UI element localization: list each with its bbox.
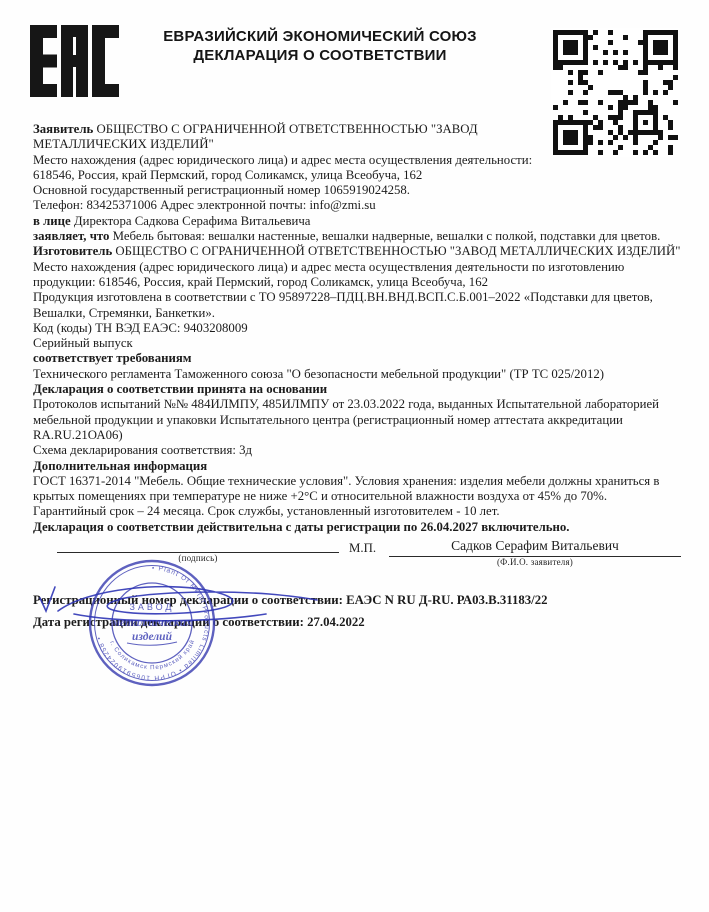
paragraph-tnved-code: Код (коды) ТН ВЭД ЕАЭС: 9403208009 — [33, 321, 681, 336]
paragraph-applicant-address: Место нахождения (адрес юридического лиц… — [33, 153, 549, 184]
paragraph-manufacturer: Изготовитель ОБЩЕСТВО С ОГРАНИЧЕННОЙ ОТВ… — [33, 244, 681, 259]
signature-line — [57, 537, 339, 553]
paragraph-applicant-contacts: Телефон: 83425371006 Адрес электронной п… — [33, 198, 681, 213]
paragraph-additional-label: Дополнительная информация — [33, 459, 681, 474]
title-line-declaration: ДЕКЛАРАЦИЯ О СООТВЕТСТВИИ — [140, 46, 500, 65]
eac-logo — [30, 25, 119, 102]
registration-date: Дата регистрации декларации о соответств… — [33, 615, 681, 630]
declares-text: Мебель бытовая: вешалки настенные, вешал… — [109, 229, 660, 243]
paragraph-applicant-ogrn: Основной государственный регистрационный… — [33, 183, 681, 198]
paragraph-additional: ГОСТ 16371-2014 "Мебель. Общие техническ… — [33, 474, 681, 520]
signatory-name-caption: (Ф.И.О. заявителя) — [389, 557, 681, 568]
declaration-document: ЕВРАЗИЙСКИЙ ЭКОНОМИЧЕСКИЙ СОЮЗ ДЕКЛАРАЦИ… — [0, 0, 709, 912]
signatory-name: Садков Серафим Витальевич — [389, 537, 681, 557]
in-person-name: Директора Садкова Серафима Витальевича — [71, 214, 311, 228]
paragraph-basis-label: Декларация о соответствии принята на осн… — [33, 382, 681, 397]
manufacturer-name: ОБЩЕСТВО С ОГРАНИЧЕННОЙ ОТВЕТСТВЕННОСТЬЮ… — [112, 244, 680, 258]
stamp-center-line3: изделий — [132, 630, 173, 643]
paragraph-complies-label: соответствует требованиям — [33, 351, 681, 366]
paragraph-complies: Технического регламента Таможенного союз… — [33, 367, 681, 382]
paragraph-scheme: Схема декларирования соответствия: 3д — [33, 443, 681, 458]
eac-mark-icon — [30, 25, 119, 97]
signature-left-block: (подпись) — [57, 537, 339, 564]
registration-footer: Регистрационный номер декларации о соотв… — [33, 593, 681, 631]
signature-row: (подпись) М.П. Садков Серафим Витальевич… — [33, 537, 681, 581]
title-line-union: ЕВРАЗИЙСКИЙ ЭКОНОМИЧЕСКИЙ СОЮЗ — [140, 27, 500, 46]
signature-right-block: Садков Серафим Витальевич (Ф.И.О. заявит… — [389, 537, 681, 568]
document-body: Заявитель ОБЩЕСТВО С ОГРАНИЧЕННОЙ ОТВЕТС… — [33, 122, 681, 631]
paragraph-basis: Протоколов испытаний №№ 484ИЛМПУ, 485ИЛМ… — [33, 397, 681, 443]
stamp-inner-arc-text: г. Соликамск Пермский край — [108, 638, 196, 671]
paragraph-serial: Серийный выпуск — [33, 336, 681, 351]
in-person-label: в лице — [33, 214, 71, 228]
applicant-name: ОБЩЕСТВО С ОГРАНИЧЕННОЙ ОТВЕТСТВЕННОСТЬЮ… — [33, 122, 478, 151]
registration-number: Регистрационный номер декларации о соотв… — [33, 593, 681, 608]
document-title: ЕВРАЗИЙСКИЙ ЭКОНОМИЧЕСКИЙ СОЮЗ ДЕКЛАРАЦИ… — [140, 27, 500, 65]
paragraph-product-spec: Продукция изготовлена в соответствии с Т… — [33, 290, 681, 321]
paragraph-manufacturer-address: Место нахождения (адрес юридического лиц… — [33, 260, 681, 291]
paragraph-in-person: в лице Директора Садкова Серафима Виталь… — [33, 214, 681, 229]
signature-caption: (подпись) — [57, 553, 339, 564]
paragraph-declares: заявляет, что Мебель бытовая: вешалки на… — [33, 229, 681, 244]
paragraph-validity: Декларация о соответствии действительна … — [33, 520, 681, 535]
manufacturer-label: Изготовитель — [33, 244, 112, 258]
svg-text:г. Соликамск Пермский край: г. Соликамск Пермский край — [108, 638, 196, 671]
paragraph-applicant: Заявитель ОБЩЕСТВО С ОГРАНИЧЕННОЙ ОТВЕТС… — [33, 122, 549, 153]
declares-label: заявляет, что — [33, 229, 109, 243]
applicant-label: Заявитель — [33, 122, 93, 136]
stamp-place-label: М.П. — [349, 537, 376, 556]
